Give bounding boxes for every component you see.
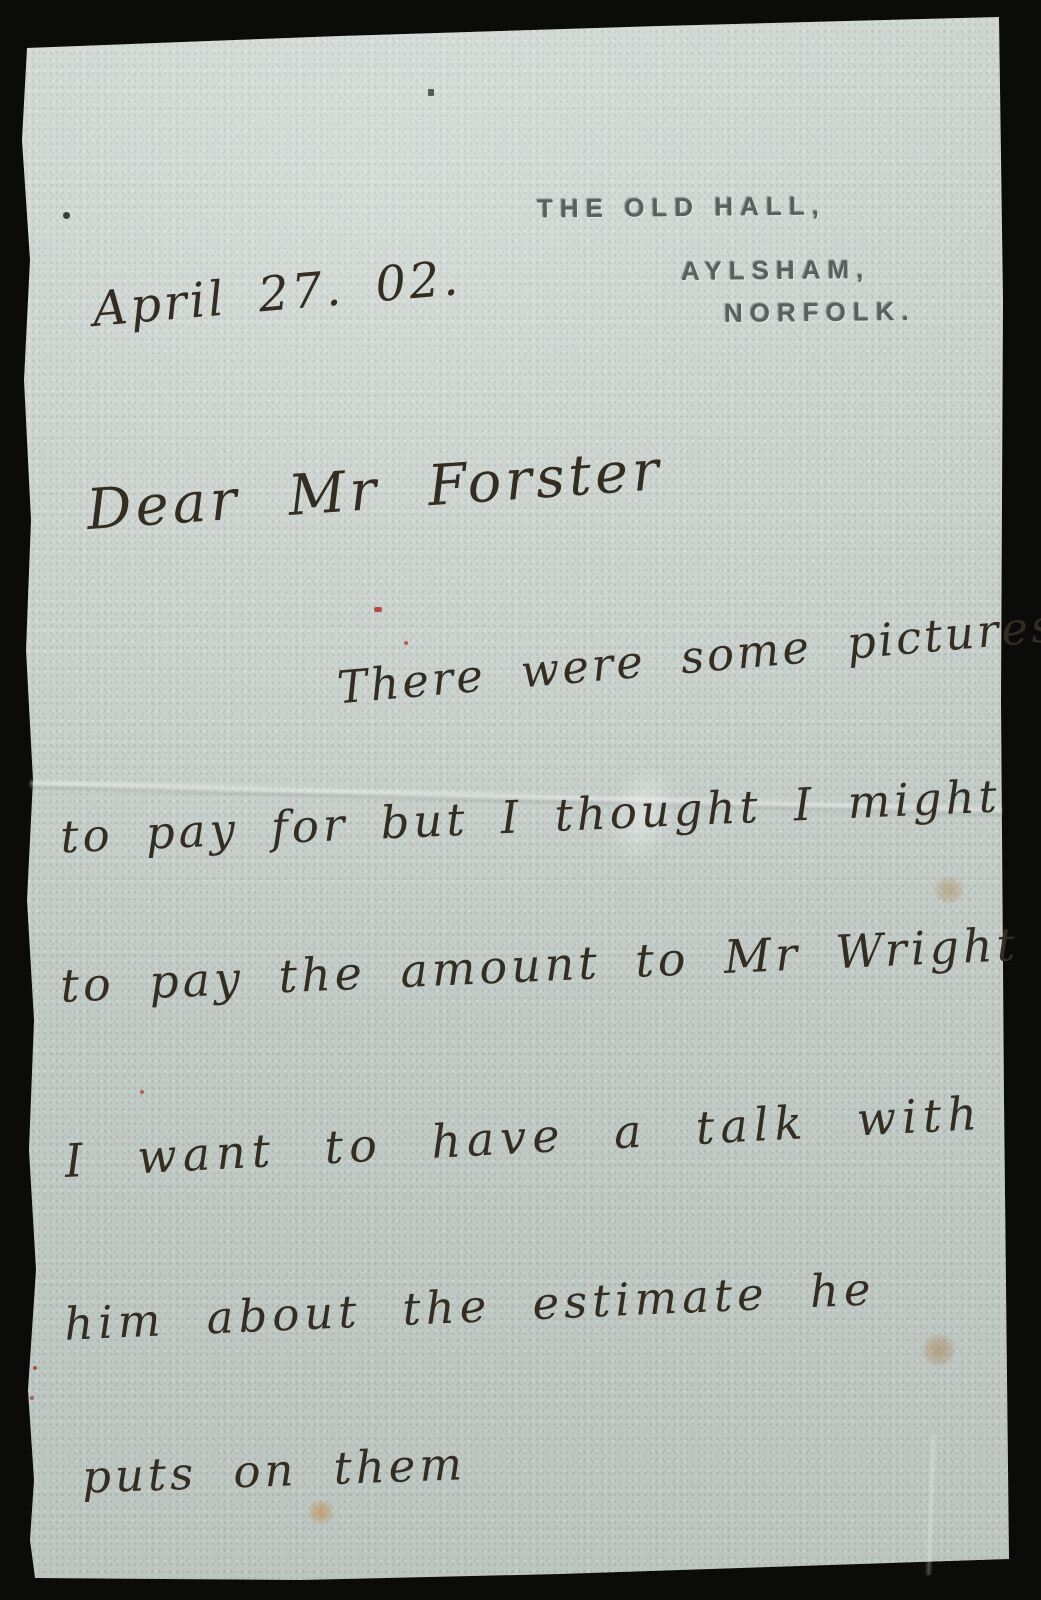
stain bbox=[934, 876, 964, 904]
photo-backdrop: THE OLD HALL, AYLSHAM, NORFOLK. April 27… bbox=[0, 0, 1041, 1600]
red-speck bbox=[30, 1396, 34, 1400]
stain bbox=[308, 1500, 334, 1524]
letterhead-line: NORFOLK. bbox=[724, 296, 916, 329]
letterhead-line: AYLSHAM, bbox=[680, 254, 870, 287]
red-speck bbox=[374, 607, 382, 612]
letterhead-line: THE OLD HALL, bbox=[537, 190, 826, 224]
stain bbox=[922, 1334, 956, 1366]
red-speck bbox=[404, 641, 408, 645]
red-speck bbox=[33, 1366, 37, 1370]
ink-speck bbox=[63, 212, 70, 219]
red-speck bbox=[140, 1090, 144, 1094]
paper-speck bbox=[428, 89, 434, 96]
